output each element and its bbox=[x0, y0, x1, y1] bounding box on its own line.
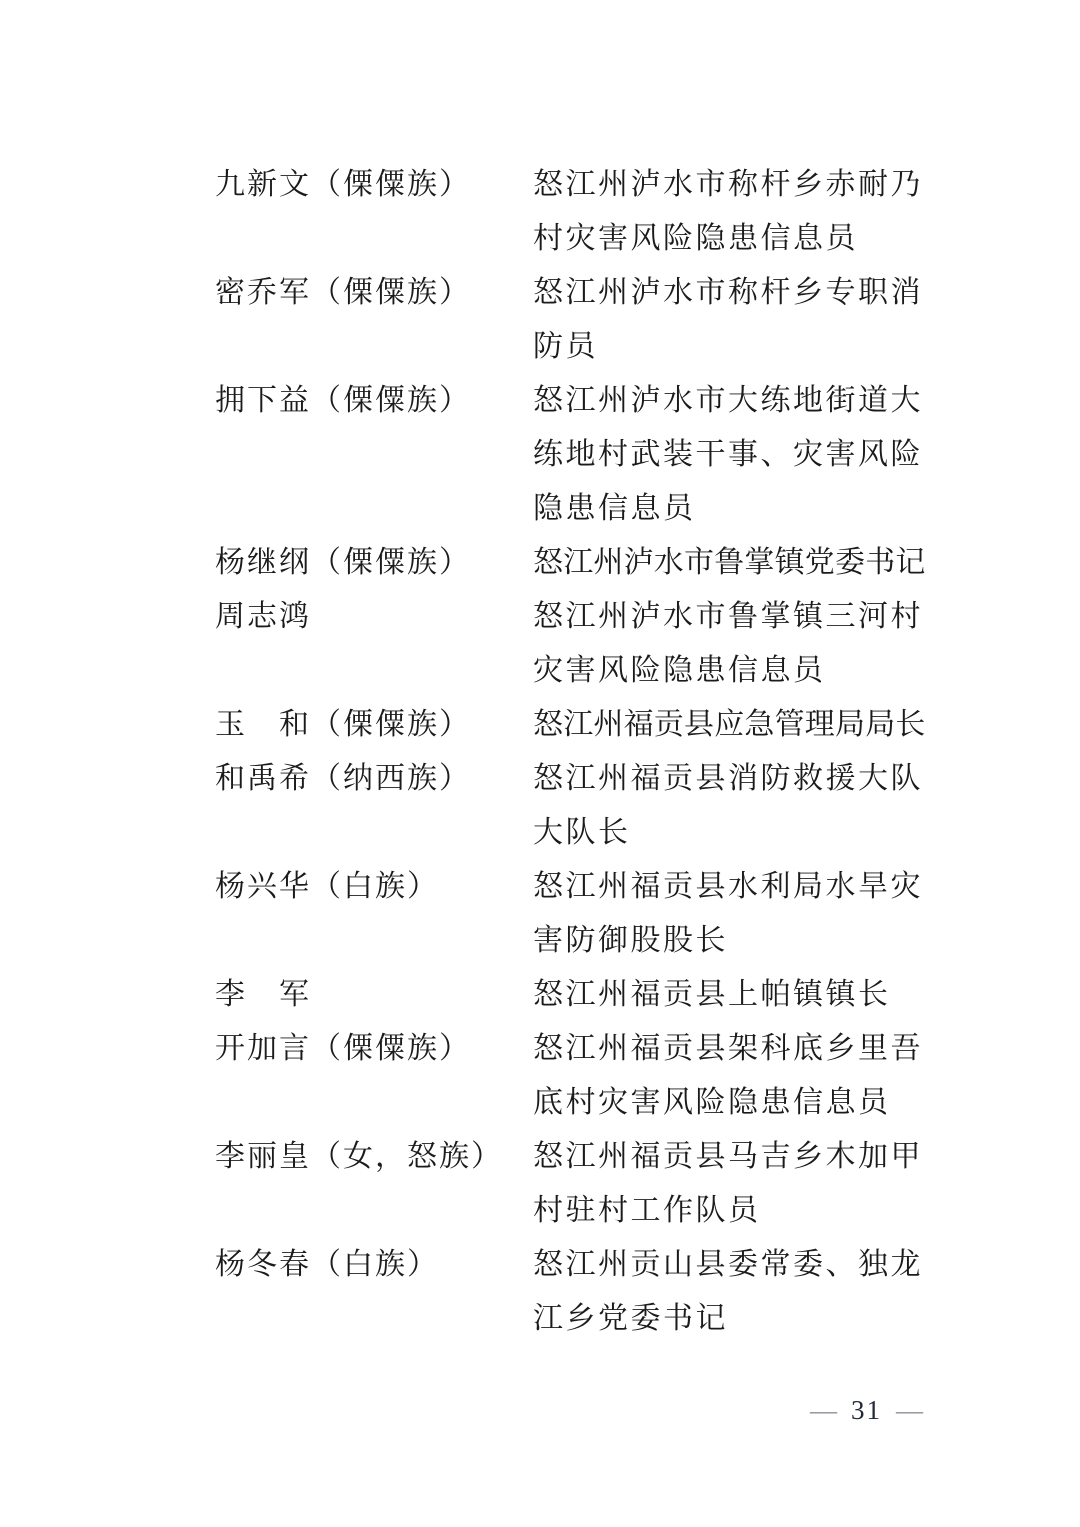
list-item: 周志鸿 怒江州泸水市鲁掌镇三河村灾害风险隐患信息员 bbox=[215, 590, 955, 698]
person-name: 杨兴华（白族） bbox=[215, 860, 533, 914]
title-line: 怒江州泸水市鲁掌镇三河村 bbox=[533, 590, 933, 644]
title-line: 村驻村工作队员 bbox=[533, 1184, 933, 1238]
person-title: 怒江州福贡县消防救援大队大队长 bbox=[533, 752, 933, 860]
person-title: 怒江州福贡县马吉乡木加甲村驻村工作队员 bbox=[533, 1130, 933, 1238]
title-line: 灾害风险隐患信息员 bbox=[533, 644, 933, 698]
title-line: 隐患信息员 bbox=[533, 482, 933, 536]
person-name: 和禹希（纳西族） bbox=[215, 752, 533, 806]
title-line: 怒江州福贡县消防救援大队 bbox=[533, 752, 933, 806]
title-line: 怒江州泸水市称杆乡赤耐乃 bbox=[533, 158, 933, 212]
list-item: 玉 和（傈僳族） 怒江州福贡县应急管理局局长 bbox=[215, 698, 955, 752]
person-title: 怒江州福贡县上帕镇镇长 bbox=[533, 968, 933, 1022]
honoree-list: 九新文（傈僳族） 怒江州泸水市称杆乡赤耐乃村灾害风险隐患信息员 密乔军（傈僳族）… bbox=[215, 158, 955, 1346]
title-line: 怒江州泸水市大练地街道大 bbox=[533, 374, 933, 428]
title-line: 怒江州泸水市称杆乡专职消 bbox=[533, 266, 933, 320]
list-item: 李丽皇（女，怒族） 怒江州福贡县马吉乡木加甲村驻村工作队员 bbox=[215, 1130, 955, 1238]
title-line: 底村灾害风险隐患信息员 bbox=[533, 1076, 933, 1130]
list-item: 杨兴华（白族） 怒江州福贡县水利局水旱灾害防御股股长 bbox=[215, 860, 955, 968]
person-name: 周志鸿 bbox=[215, 590, 533, 644]
person-title: 怒江州泸水市鲁掌镇三河村灾害风险隐患信息员 bbox=[533, 590, 933, 698]
title-line: 怒江州福贡县马吉乡木加甲 bbox=[533, 1130, 933, 1184]
person-title: 怒江州福贡县架科底乡里吾底村灾害风险隐患信息员 bbox=[533, 1022, 933, 1130]
title-line: 怒江州福贡县架科底乡里吾 bbox=[533, 1022, 933, 1076]
title-line: 害防御股股长 bbox=[533, 914, 933, 968]
title-line: 怒江州贡山县委常委、独龙 bbox=[533, 1238, 933, 1292]
person-name: 杨冬春（白族） bbox=[215, 1238, 533, 1292]
person-title: 怒江州泸水市鲁掌镇党委书记 bbox=[533, 536, 933, 590]
title-line: 怒江州福贡县应急管理局局长 bbox=[533, 698, 933, 752]
person-title: 怒江州福贡县水利局水旱灾害防御股股长 bbox=[533, 860, 933, 968]
footer-dash-left: — bbox=[810, 1395, 837, 1425]
page-number: 31 bbox=[851, 1395, 882, 1425]
person-name: 开加言（傈僳族） bbox=[215, 1022, 533, 1076]
title-line: 村灾害风险隐患信息员 bbox=[533, 212, 933, 266]
list-item: 和禹希（纳西族） 怒江州福贡县消防救援大队大队长 bbox=[215, 752, 955, 860]
person-title: 怒江州泸水市称杆乡赤耐乃村灾害风险隐患信息员 bbox=[533, 158, 933, 266]
person-name: 杨继纲（傈僳族） bbox=[215, 536, 533, 590]
title-line: 怒江州福贡县上帕镇镇长 bbox=[533, 968, 933, 1022]
person-title: 怒江州福贡县应急管理局局长 bbox=[533, 698, 933, 752]
list-item: 杨继纲（傈僳族） 怒江州泸水市鲁掌镇党委书记 bbox=[215, 536, 955, 590]
person-name: 拥下益（傈僳族） bbox=[215, 374, 533, 428]
title-line: 江乡党委书记 bbox=[533, 1292, 933, 1346]
list-item: 密乔军（傈僳族） 怒江州泸水市称杆乡专职消防员 bbox=[215, 266, 955, 374]
footer-dash-right: — bbox=[896, 1395, 923, 1425]
list-item: 拥下益（傈僳族） 怒江州泸水市大练地街道大练地村武装干事、灾害风险隐患信息员 bbox=[215, 374, 955, 536]
person-name: 密乔军（傈僳族） bbox=[215, 266, 533, 320]
person-title: 怒江州泸水市称杆乡专职消防员 bbox=[533, 266, 933, 374]
title-line: 练地村武装干事、灾害风险 bbox=[533, 428, 933, 482]
title-line: 防员 bbox=[533, 320, 933, 374]
list-item: 杨冬春（白族） 怒江州贡山县委常委、独龙江乡党委书记 bbox=[215, 1238, 955, 1346]
list-item: 九新文（傈僳族） 怒江州泸水市称杆乡赤耐乃村灾害风险隐患信息员 bbox=[215, 158, 955, 266]
title-line: 怒江州泸水市鲁掌镇党委书记 bbox=[533, 536, 933, 590]
document-page: 九新文（傈僳族） 怒江州泸水市称杆乡赤耐乃村灾害风险隐患信息员 密乔军（傈僳族）… bbox=[0, 0, 1080, 1527]
person-title: 怒江州贡山县委常委、独龙江乡党委书记 bbox=[533, 1238, 933, 1346]
page-footer: —31— bbox=[810, 1392, 923, 1428]
title-line: 大队长 bbox=[533, 806, 933, 860]
person-title: 怒江州泸水市大练地街道大练地村武装干事、灾害风险隐患信息员 bbox=[533, 374, 933, 536]
title-line: 怒江州福贡县水利局水旱灾 bbox=[533, 860, 933, 914]
person-name: 玉 和（傈僳族） bbox=[215, 698, 533, 752]
person-name: 李 军 bbox=[215, 968, 533, 1022]
person-name: 李丽皇（女，怒族） bbox=[215, 1130, 533, 1184]
list-item: 开加言（傈僳族） 怒江州福贡县架科底乡里吾底村灾害风险隐患信息员 bbox=[215, 1022, 955, 1130]
person-name: 九新文（傈僳族） bbox=[215, 158, 533, 212]
list-item: 李 军 怒江州福贡县上帕镇镇长 bbox=[215, 968, 955, 1022]
